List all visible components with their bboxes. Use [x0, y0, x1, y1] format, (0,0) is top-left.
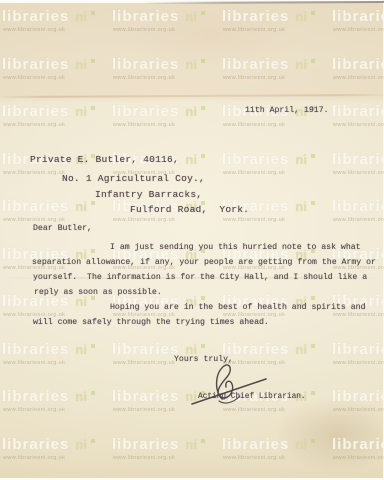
recipient-unit-line: No. 1 Agricultural Coy.,	[62, 173, 205, 184]
logo-square-icon	[91, 391, 95, 395]
logo-square-icon	[311, 59, 315, 63]
watermark: librariesniwww.librariesni.org.uk	[2, 44, 108, 88]
watermark-url: www.librariesni.org.uk	[223, 170, 285, 176]
watermark-url: www.librariesni.org.uk	[3, 27, 65, 33]
logo-square-icon	[91, 201, 95, 205]
watermark-brand: librariesni	[112, 436, 205, 453]
libraries-ni-logo-icon: ni	[289, 437, 307, 452]
watermark-url: www.librariesni.org.uk	[223, 122, 285, 128]
watermark: librariesniwww.librariesni.org.uk	[112, 0, 218, 40]
logo-square-icon	[311, 344, 315, 348]
watermark-url: www.librariesni.org.uk	[113, 217, 175, 223]
recipient-name-line: Private E. Butler, 40116,	[30, 154, 179, 165]
logo-square-icon	[311, 296, 315, 300]
libraries-ni-logo-icon: ni	[289, 342, 307, 357]
libraries-ni-logo-icon: ni	[69, 342, 87, 357]
logo-square-icon	[201, 106, 205, 110]
letter-date: 11th April, 1917.	[245, 106, 329, 115]
watermark-url: www.librariesni.org.uk	[3, 122, 65, 128]
watermark-url: www.librariesni.org.uk	[3, 455, 65, 461]
watermark-url: www.librariesni.org.uk	[223, 27, 285, 33]
logo-square-icon	[201, 59, 205, 63]
watermark: librariesniwww.librariesni.org.uk	[2, 329, 108, 373]
logo-square-icon	[91, 249, 95, 253]
watermark: librariesniwww.librariesni.org.uk	[112, 234, 218, 278]
watermark-url: www.librariesni.org.uk	[333, 312, 384, 318]
logo-square-icon	[311, 154, 315, 158]
logo-square-icon	[91, 59, 95, 63]
body-line: I am just sending you this hurried note …	[110, 243, 361, 252]
libraries-ni-logo-icon: ni	[69, 389, 87, 404]
logo-square-icon	[91, 439, 95, 443]
watermark-brand: librariesni	[332, 151, 384, 168]
watermark-url: www.librariesni.org.uk	[223, 407, 285, 413]
watermark-brand: librariesni	[332, 436, 384, 453]
watermark: librariesniwww.librariesni.org.uk	[222, 44, 328, 88]
logo-square-icon	[91, 344, 95, 348]
watermark: librariesniwww.librariesni.org.uk	[2, 91, 108, 135]
watermark: librariesniwww.librariesni.org.uk	[112, 44, 218, 88]
recipient-town-line: Fulford Road, York.	[130, 204, 249, 215]
libraries-ni-logo-icon: ni	[289, 9, 307, 24]
watermark-brand: librariesni	[222, 151, 315, 168]
libraries-ni-logo-icon: ni	[179, 57, 197, 72]
watermark: librariesniwww.librariesni.org.uk	[332, 0, 384, 40]
watermark: librariesniwww.librariesni.org.uk	[222, 139, 328, 183]
watermark: librariesniwww.librariesni.org.uk	[332, 139, 384, 183]
body-line: Hoping you are in the best of health and…	[110, 303, 366, 312]
watermark-layer: librariesniwww.librariesni.org.uklibrari…	[0, 0, 384, 480]
watermark: librariesniwww.librariesni.org.uk	[332, 424, 384, 468]
logo-square-icon	[201, 11, 205, 15]
watermark: librariesniwww.librariesni.org.uk	[332, 376, 384, 420]
watermark-url: www.librariesni.org.uk	[3, 170, 65, 176]
watermark-url: www.librariesni.org.uk	[3, 217, 65, 223]
watermark-url: www.librariesni.org.uk	[113, 27, 175, 33]
libraries-ni-logo-icon: ni	[179, 152, 197, 167]
libraries-ni-logo-icon: ni	[69, 437, 87, 452]
recipient-barracks-line: Infantry Barracks,	[95, 189, 202, 200]
logo-square-icon	[311, 201, 315, 205]
watermark-brand: librariesni	[222, 8, 315, 25]
watermark-url: www.librariesni.org.uk	[223, 455, 285, 461]
libraries-ni-logo-icon: ni	[69, 104, 87, 119]
watermark: librariesniwww.librariesni.org.uk	[2, 0, 108, 40]
watermark-brand: librariesni	[112, 103, 205, 120]
signoff-title: Acting Chief Librarian.	[198, 393, 306, 401]
watermark-url: www.librariesni.org.uk	[113, 455, 175, 461]
watermark-url: www.librariesni.org.uk	[223, 75, 285, 81]
logo-square-icon	[91, 106, 95, 110]
watermark-brand: librariesni	[222, 436, 315, 453]
logo-square-icon	[311, 11, 315, 15]
watermark-url: www.librariesni.org.uk	[333, 122, 384, 128]
watermark-url: www.librariesni.org.uk	[113, 407, 175, 413]
watermark-url: www.librariesni.org.uk	[3, 360, 65, 366]
watermark-url: www.librariesni.org.uk	[333, 75, 384, 81]
logo-square-icon	[201, 154, 205, 158]
watermark-url: www.librariesni.org.uk	[333, 217, 384, 223]
watermark-url: www.librariesni.org.uk	[333, 455, 384, 461]
libraries-ni-logo-icon: ni	[69, 9, 87, 24]
libraries-ni-logo-icon: ni	[179, 437, 197, 452]
watermark-url: www.librariesni.org.uk	[333, 170, 384, 176]
watermark-brand: librariesni	[2, 198, 95, 215]
watermark-brand: librariesni	[222, 56, 315, 73]
watermark: librariesniwww.librariesni.org.uk	[222, 0, 328, 40]
watermark-brand: librariesni	[332, 56, 384, 73]
watermark-url: www.librariesni.org.uk	[333, 407, 384, 413]
watermark: librariesniwww.librariesni.org.uk	[2, 424, 108, 468]
libraries-ni-logo-icon: ni	[69, 199, 87, 214]
watermark-brand: librariesni	[112, 56, 205, 73]
watermark-url: www.librariesni.org.uk	[223, 217, 285, 223]
watermark-brand: librariesni	[332, 198, 384, 215]
watermark-url: www.librariesni.org.uk	[113, 75, 175, 81]
watermark-brand: librariesni	[332, 103, 384, 120]
libraries-ni-logo-icon: ni	[289, 199, 307, 214]
watermark: librariesniwww.librariesni.org.uk	[222, 424, 328, 468]
libraries-ni-logo-icon: ni	[69, 57, 87, 72]
watermark-url: www.librariesni.org.uk	[333, 27, 384, 33]
watermark: librariesniwww.librariesni.org.uk	[112, 91, 218, 135]
watermark-brand: librariesni	[2, 56, 95, 73]
watermark: librariesniwww.librariesni.org.uk	[332, 329, 384, 373]
logo-square-icon	[201, 439, 205, 443]
body-line: yourself. The information is for the Cit…	[33, 273, 367, 282]
watermark: librariesniwww.librariesni.org.uk	[332, 91, 384, 135]
libraries-ni-logo-icon: ni	[289, 152, 307, 167]
watermark-brand: librariesni	[222, 341, 315, 358]
watermark-url: www.librariesni.org.uk	[3, 407, 65, 413]
watermark-brand: librariesni	[2, 103, 95, 120]
watermark: librariesniwww.librariesni.org.uk	[332, 234, 384, 278]
watermark-brand: librariesni	[332, 388, 384, 405]
watermark: librariesniwww.librariesni.org.uk	[222, 234, 328, 278]
body-line: reply as soon as possible.	[34, 288, 162, 297]
watermark-brand: librariesni	[112, 8, 205, 25]
watermark: librariesniwww.librariesni.org.uk	[112, 424, 218, 468]
logo-square-icon	[201, 296, 205, 300]
libraries-ni-logo-icon: ni	[289, 57, 307, 72]
libraries-ni-logo-icon: ni	[179, 9, 197, 24]
logo-square-icon	[311, 439, 315, 443]
logo-square-icon	[201, 344, 205, 348]
watermark: librariesniwww.librariesni.org.uk	[2, 234, 108, 278]
watermark-brand: librariesni	[2, 8, 95, 25]
watermark-brand: librariesni	[332, 341, 384, 358]
watermark: librariesniwww.librariesni.org.uk	[332, 44, 384, 88]
watermark: librariesniwww.librariesni.org.uk	[332, 186, 384, 230]
logo-square-icon	[91, 11, 95, 15]
watermark-url: www.librariesni.org.uk	[3, 75, 65, 81]
watermark-url: www.librariesni.org.uk	[113, 122, 175, 128]
watermark-url: www.librariesni.org.uk	[333, 360, 384, 366]
logo-square-icon	[311, 391, 315, 395]
watermark-brand: librariesni	[2, 436, 95, 453]
watermark-brand: librariesni	[2, 341, 95, 358]
body-line: separation allowance, if any, your peopl…	[32, 258, 376, 267]
watermark-brand: librariesni	[2, 388, 95, 405]
body-line: will come safely through the trying time…	[33, 318, 269, 327]
watermark-brand: librariesni	[332, 8, 384, 25]
libraries-ni-logo-icon: ni	[179, 104, 197, 119]
salutation: Dear Butler,	[33, 224, 92, 233]
watermark: librariesniwww.librariesni.org.uk	[2, 376, 108, 420]
